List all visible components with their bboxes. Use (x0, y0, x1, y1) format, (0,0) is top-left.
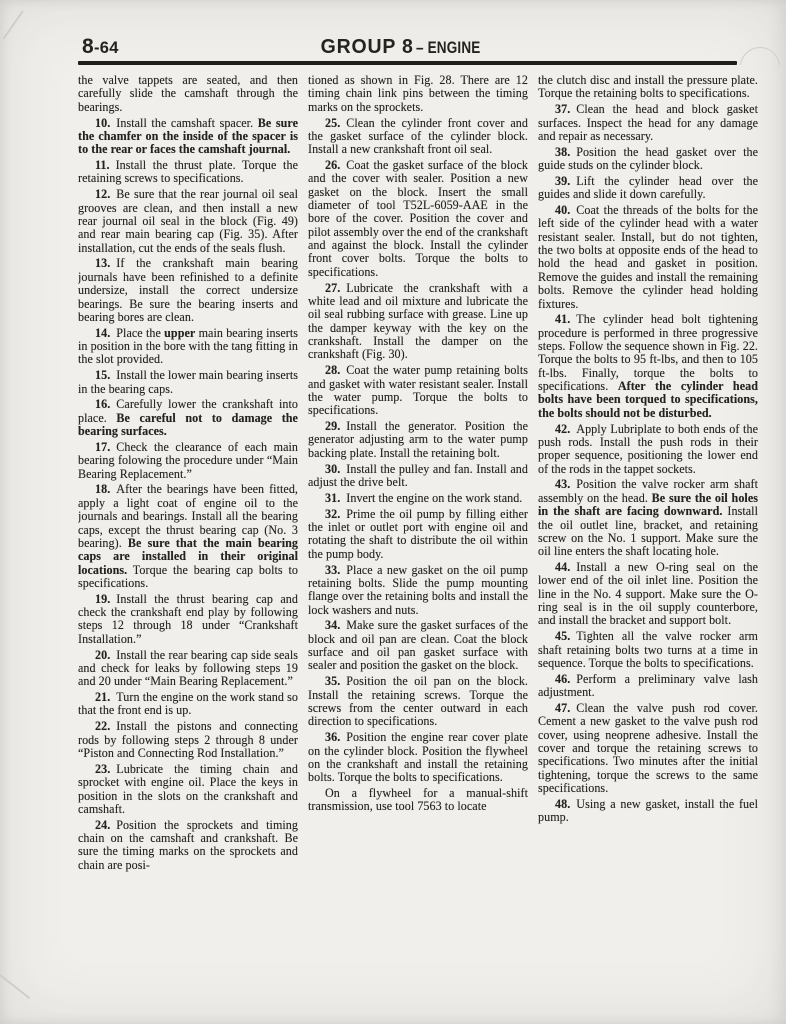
step-text: Check the clearance of each main bearing… (78, 440, 298, 481)
step-number: 12. (95, 187, 110, 201)
step-number: 45. (555, 629, 570, 643)
step-paragraph: 10.Install the camshaft spacer. Be sure … (78, 117, 298, 157)
step-number: 18. (95, 482, 110, 496)
step-paragraph: 48.Using a new gasket, install the fuel … (538, 798, 758, 825)
step-text: Clean the cylinder front cover and the g… (308, 116, 528, 157)
step-number: 29. (325, 419, 340, 433)
step-number: 15. (95, 368, 110, 382)
step-paragraph: 21.Turn the engine on the work stand so … (78, 691, 298, 718)
page-title-group: GROUP 8 (321, 36, 414, 60)
step-paragraph: 11.Install the thrust plate. Torque the … (78, 159, 298, 186)
step-paragraph: 15.Install the lower main bearing insert… (78, 369, 298, 396)
step-text: Invert the engine on the work stand. (346, 491, 522, 505)
step-paragraph: 46.Perform a preliminary valve lash adju… (538, 673, 758, 700)
step-paragraph: 40.Coat the threads of the bolts for the… (538, 204, 758, 311)
step-number: 19. (95, 592, 110, 606)
step-number: 36. (325, 730, 340, 744)
step-text: tioned as shown in Fig. 28. There are 12… (308, 74, 528, 114)
step-text: Install the generator. Position the gene… (308, 419, 528, 460)
step-text: Make sure the gasket surfaces of the blo… (308, 618, 528, 672)
step-text: Coat the threads of the bolts for the le… (538, 203, 758, 310)
step-paragraph: 27.Lubricate the crankshaft with a white… (308, 282, 528, 362)
step-paragraph: 44.Install a new O-ring seal on the lowe… (538, 561, 758, 628)
step-text: Clean the valve push rod cover. Cement a… (538, 701, 758, 795)
step-paragraph: 47.Clean the valve push rod cover. Cemen… (538, 702, 758, 795)
step-number: 46. (555, 672, 570, 686)
step-paragraph: 16.Carefully lower the crankshaft into p… (78, 398, 298, 438)
step-text: the valve tappets are seated, and then c… (78, 74, 298, 114)
step-number: 24. (95, 818, 110, 832)
step-paragraph: 41.The cylinder head bolt tightening pro… (538, 313, 758, 420)
step-number: 31. (325, 491, 340, 505)
step-text: Perform a preliminary valve lash adjustm… (538, 672, 758, 699)
step-paragraph: 22.Install the pistons and connecting ro… (78, 720, 298, 760)
step-paragraph: 34.Make sure the gasket surfaces of the … (308, 619, 528, 672)
step-paragraph: 17.Check the clearance of each main bear… (78, 441, 298, 481)
page-title-section: – ENGINE (416, 39, 480, 58)
step-paragraph: 36.Position the engine rear cover plate … (308, 731, 528, 784)
step-paragraph: 25.Clean the cylinder front cover and th… (308, 117, 528, 157)
step-number: 40. (555, 203, 570, 217)
step-text: Lubricate the crankshaft with a white le… (308, 281, 528, 362)
step-number: 17. (95, 440, 110, 454)
header-rule (78, 61, 737, 65)
step-number: 11. (95, 158, 110, 172)
step-paragraph: 26.Coat the gasket surface of the block … (308, 159, 528, 279)
step-paragraph: 33.Place a new gasket on the oil pump re… (308, 564, 528, 617)
step-paragraph: 20.Install the rear bearing cap side sea… (78, 649, 298, 689)
page-title: GROUP 8– ENGINE (78, 36, 737, 59)
step-text: Turn the engine on the work stand so tha… (78, 690, 298, 717)
column-3: the clutch disc and install the pressure… (538, 74, 758, 979)
step-number: 13. (95, 256, 110, 270)
scan-artifact-line-bottom (0, 973, 30, 999)
step-text: Position the sprockets and timing chain … (78, 818, 298, 872)
manual-page: 8-64 GROUP 8– ENGINE the valve tappets a… (0, 0, 786, 1024)
step-paragraph: 14.Place the upper main bearing inserts … (78, 327, 298, 367)
step-paragraph: 18.After the bearings have been fitted, … (78, 483, 298, 590)
step-text: Using a new gasket, install the fuel pum… (538, 797, 758, 824)
column-1: the valve tappets are seated, and then c… (78, 74, 298, 979)
scan-artifact-line-top (3, 10, 24, 39)
step-paragraph: 23.Lubricate the timing chain and sprock… (78, 763, 298, 816)
step-paragraph: 19.Install the thrust bearing cap and ch… (78, 593, 298, 646)
step-paragraph: 43.Position the valve rocker arm shaft a… (538, 478, 758, 558)
step-number: 41. (555, 312, 570, 326)
step-paragraph: 31.Invert the engine on the work stand. (308, 492, 528, 505)
step-number: 34. (325, 618, 340, 632)
step-paragraph: 13.If the crankshaft main bearing journa… (78, 257, 298, 324)
step-text: Install the thrust plate. Torque the ret… (78, 158, 298, 185)
step-number: 26. (325, 158, 340, 172)
step-paragraph: On a flywheel for a manual-shift transmi… (308, 787, 528, 814)
step-text: Place the (116, 326, 164, 340)
step-number: 25. (325, 116, 340, 130)
step-paragraph: 29.Install the generator. Position the g… (308, 420, 528, 460)
step-text: Install a new O-ring seal on the lower e… (538, 560, 758, 627)
step-number: 39. (555, 174, 570, 188)
step-number: 28. (325, 363, 340, 377)
step-paragraph: 42.Apply Lubriplate to both ends of the … (538, 423, 758, 476)
step-number: 42. (555, 422, 570, 436)
step-number: 37. (555, 102, 570, 116)
step-text: Coat the water pump retaining bolts and … (308, 363, 528, 417)
step-text: Coat the gasket surface of the block and… (308, 158, 528, 279)
step-number: 27. (325, 281, 340, 295)
step-number: 30. (325, 462, 340, 476)
step-text: On a flywheel for a manual-shift transmi… (308, 786, 528, 813)
step-text: Position the head gasket over the guide … (538, 145, 758, 172)
step-paragraph: the valve tappets are seated, and then c… (78, 74, 298, 114)
step-paragraph: tioned as shown in Fig. 28. There are 12… (308, 74, 528, 114)
step-number: 43. (555, 477, 570, 491)
step-paragraph: 38.Position the head gasket over the gui… (538, 146, 758, 173)
step-paragraph: 28.Coat the water pump retaining bolts a… (308, 364, 528, 417)
step-text: Be sure that the rear journal oil seal g… (78, 187, 298, 254)
step-number: 20. (95, 648, 110, 662)
step-text: Install the thrust bearing cap and check… (78, 592, 298, 646)
step-number: 35. (325, 674, 340, 688)
step-number: 14. (95, 326, 110, 340)
step-paragraph: 24.Position the sprockets and timing cha… (78, 819, 298, 872)
step-text: Place a new gasket on the oil pump retai… (308, 563, 528, 617)
step-text: Clean the head and block gasket surfaces… (538, 102, 758, 143)
step-number: 47. (555, 701, 570, 715)
step-paragraph: 12.Be sure that the rear journal oil sea… (78, 188, 298, 255)
step-text: Position the engine rear cover plate on … (308, 730, 528, 784)
step-text: Lubricate the timing chain and sprocket … (78, 762, 298, 816)
step-number: 23. (95, 762, 110, 776)
step-number: 33. (325, 563, 340, 577)
step-number: 32. (325, 507, 340, 521)
step-text: Install the pistons and connecting rods … (78, 719, 298, 760)
step-number: 16. (95, 397, 110, 411)
step-paragraph: 30.Install the pulley and fan. Install a… (308, 463, 528, 490)
step-text: Apply Lubriplate to both ends of the pus… (538, 422, 758, 476)
step-text: Install the pulley and fan. Install and … (308, 462, 528, 489)
step-paragraph: 45.Tighten all the valve rocker arm shaf… (538, 630, 758, 670)
step-number: 44. (555, 560, 570, 574)
step-number: 21. (95, 690, 110, 704)
step-text: Position the oil pan on the block. Insta… (308, 674, 528, 728)
column-2: tioned as shown in Fig. 28. There are 12… (308, 74, 528, 979)
step-number: 22. (95, 719, 110, 733)
step-text: Install the lower main bearing inserts i… (78, 368, 298, 395)
step-number: 48. (555, 797, 570, 811)
step-paragraph: 32.Prime the oil pump by filling either … (308, 508, 528, 561)
step-text: Prime the oil pump by filling either the… (308, 507, 528, 561)
step-paragraph: 39.Lift the cylinder head over the guide… (538, 175, 758, 202)
step-text: Tighten all the valve rocker arm shaft r… (538, 629, 758, 670)
step-text: Lift the cylinder head over the guides a… (538, 174, 758, 201)
step-text: Install the camshaft spacer. (116, 116, 257, 130)
step-number: 38. (555, 145, 570, 159)
step-text: If the crankshaft main bearing journals … (78, 256, 298, 323)
step-text: Install the rear bearing cap side seals … (78, 648, 298, 689)
step-paragraph: the clutch disc and install the pressure… (538, 74, 758, 101)
step-paragraph: 35.Position the oil pan on the block. In… (308, 675, 528, 728)
step-number: 10. (95, 116, 110, 130)
step-text: the clutch disc and install the pressure… (538, 74, 758, 100)
content-columns: the valve tappets are seated, and then c… (78, 74, 758, 979)
step-text-bold: upper (164, 326, 195, 340)
step-paragraph: 37.Clean the head and block gasket surfa… (538, 103, 758, 143)
page-header: 8-64 GROUP 8– ENGINE (78, 33, 737, 59)
